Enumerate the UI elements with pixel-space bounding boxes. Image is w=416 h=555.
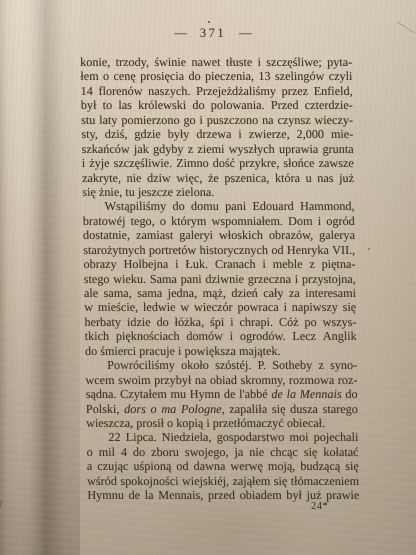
word: obiadem [240, 488, 282, 502]
word: która [275, 171, 300, 185]
word: za [289, 286, 300, 300]
word: Hymnu [87, 488, 124, 502]
word: dusza [290, 402, 318, 416]
word: zakryte, [82, 171, 121, 185]
word: majątek. [239, 344, 281, 358]
word: i [206, 416, 210, 430]
word: do [345, 387, 357, 401]
word: mu [170, 387, 186, 401]
word: w [180, 300, 189, 314]
word: przez [281, 84, 308, 98]
word: a [87, 459, 93, 473]
word: śpi [210, 315, 224, 329]
word: galerya [319, 228, 355, 242]
word: Cóż [279, 315, 299, 329]
text-line: wieszcza, prosił o kopią i przetłómaczyć… [86, 416, 358, 430]
text-line: wmieście,ledwiewwieczórpowracainapiwszys… [84, 300, 356, 314]
word: ogród [326, 214, 355, 228]
word: P. [257, 358, 266, 372]
word: nie [126, 171, 141, 185]
word: włoskich [219, 228, 263, 242]
text-line: łemocenęprosięciadopieczenia,13szelingów… [80, 69, 352, 83]
text-line: 14florenównaszych.PrzejeżdżaliśmyprzezEn… [80, 84, 352, 98]
word: chrapi. [239, 315, 273, 329]
word: się [343, 300, 357, 314]
word: uśpioną [133, 459, 171, 473]
word: tłómaczeniem [291, 474, 360, 488]
word: przykre, [239, 156, 280, 170]
word: starożytnych [83, 243, 146, 257]
text-line: Powróciliśmyokołoszóstéj.P.Sothebyzsyno- [85, 358, 357, 372]
word: chcąc [270, 445, 298, 459]
text-line: aczującuśpionąoddawnawerwęmoją,budzącąsi… [87, 459, 359, 473]
word: się [272, 402, 286, 416]
word: śmierci [100, 344, 136, 358]
word: bratowéj [83, 214, 126, 228]
word: galeryi [179, 228, 213, 242]
word: grunta [322, 142, 353, 156]
word: i [283, 300, 287, 314]
word: stu [81, 113, 95, 127]
word: był [81, 98, 97, 112]
text-line: byłtolaskrólewskidopolowania.Przedczterd… [81, 98, 353, 112]
word: dors [124, 402, 146, 416]
word: się [274, 474, 288, 488]
word: żyje [89, 156, 110, 170]
word: pyta- [327, 55, 352, 69]
word: meble [273, 257, 303, 271]
word: Hymn [190, 387, 221, 401]
word: obiad [210, 373, 237, 387]
word: zwierze, [249, 127, 290, 141]
word: słońce [283, 156, 314, 170]
word: puszczono [207, 113, 259, 127]
text-line: szkańcówjakgdybyzziemiwyszłychuprawiagru… [81, 142, 353, 156]
word: idzie [127, 315, 151, 329]
text-line: zakryte,niedziwwięc,żepszenica,któraunas… [82, 171, 354, 185]
word: mie- [331, 127, 354, 141]
word: to [102, 98, 112, 112]
word: prawie [326, 488, 359, 502]
word: Przejeżdżaliśmy [196, 84, 276, 98]
word: przed [208, 488, 235, 502]
word: i [262, 257, 266, 271]
text-line: starożytnychportretówhistorycznychodHenr… [83, 243, 355, 257]
word: od [176, 459, 188, 473]
word: Wstąpiliśmy [104, 199, 166, 213]
word: gdzie [134, 127, 161, 141]
word: syno- [330, 358, 357, 372]
word: ale [84, 286, 98, 300]
word: łem [80, 69, 99, 83]
word: rozmowa [289, 373, 335, 387]
word: ogrodów. [240, 329, 286, 343]
word: był [286, 488, 302, 502]
word: wśród [87, 474, 117, 488]
word: z [318, 358, 324, 372]
text-line: Polski,dorsomaPologne,zapaliłasięduszast… [86, 402, 358, 416]
word: mieście, [98, 300, 139, 314]
word: cały [263, 286, 284, 300]
word: nie [249, 445, 264, 459]
word: laty [99, 113, 118, 127]
word: czyli [329, 69, 353, 83]
word: gospodarstwo [216, 430, 284, 444]
word: werwę [230, 459, 263, 473]
word: kołatać [323, 445, 358, 459]
word: budzącą [300, 459, 340, 473]
word: de [271, 387, 283, 401]
word: na [262, 113, 274, 127]
word: czterdzie- [305, 98, 353, 112]
word: Lipca. [126, 430, 157, 444]
word: swoim [118, 373, 151, 387]
word: ma [161, 402, 176, 416]
word: o [86, 445, 92, 459]
word: Hammond, [300, 199, 355, 213]
word: żnie, [99, 185, 123, 199]
word: Henryka [287, 243, 329, 257]
word: portretów [149, 243, 197, 257]
text-line: do śmierci pracuje i powiększa majątek. [85, 344, 357, 358]
word: i [238, 127, 242, 141]
word: na [195, 373, 207, 387]
word: prosięcia [140, 69, 184, 83]
text-line: sądna.CzytałemmuHymndel'abbédelaMennaisd… [86, 387, 358, 401]
word: go [183, 113, 195, 127]
word: 2,000 [296, 127, 324, 141]
word: dawna [193, 459, 225, 473]
word: 4 [121, 445, 127, 459]
word: ja [234, 445, 243, 459]
word: Polski, [86, 402, 120, 416]
word: i [175, 257, 179, 271]
word: Dom [288, 214, 313, 228]
word: królewski [138, 98, 186, 112]
word: moją, [268, 459, 296, 473]
word: las [118, 98, 132, 112]
facing-page-text-fragment: w [0, 496, 8, 511]
word: się [304, 445, 318, 459]
text-line: herbatyidziedołóżka,śpiichrapi.Cóżpowszy… [84, 315, 356, 329]
word: spokojności [120, 474, 178, 488]
text-block: konie,trzody,świnienawettłusteiszczęśliw… [80, 55, 359, 503]
word: dziwnie [205, 272, 244, 286]
book-gutter-shadow [0, 0, 80, 555]
word: cenę [113, 69, 136, 83]
word: Przed [271, 98, 299, 112]
word: zapaliła [229, 402, 267, 416]
text-line: obrazyHolbejnaiŁuk.Cranachimeblezpiętna- [83, 257, 355, 271]
word: dzień [231, 286, 258, 300]
word: wieczór [194, 300, 233, 314]
word: były [168, 127, 190, 141]
text-line: konie,trzody,świnienawettłusteiszczęśliw… [80, 55, 352, 69]
word: pani [225, 199, 246, 213]
word: kopią [176, 416, 203, 430]
word: skromny, [240, 373, 285, 387]
word: o [167, 416, 173, 430]
word: moi [289, 430, 308, 444]
word: Enfield, [314, 84, 353, 98]
word: do [172, 199, 184, 213]
word: drzewa [196, 127, 231, 141]
word: i [257, 55, 261, 69]
word: świnie [154, 55, 186, 69]
word: około [181, 358, 209, 372]
word: się [345, 459, 359, 473]
word: Niedziela, [162, 430, 212, 444]
facing-page-text-fragment: i [0, 404, 8, 419]
word: zielona. [176, 185, 214, 199]
word: w [84, 300, 93, 314]
word: od [271, 243, 283, 257]
word: Sama [150, 272, 177, 286]
word: szelingów [275, 69, 325, 83]
word: czynsz [277, 113, 310, 127]
word: u [305, 171, 311, 185]
word: że [208, 171, 219, 185]
word: do [133, 445, 145, 459]
word: herbaty [84, 315, 121, 329]
text-line: iżyjeszczęśliwie.Zimnodośćprzykre,słońce… [82, 156, 354, 170]
text-line: alesama,samajedna,mąż,dzieńcałyzainteres… [84, 286, 356, 300]
text-line: stulatypomierzonogoipuszczononaczynszwie… [81, 113, 353, 127]
word: Łuk. [185, 257, 208, 271]
word: Zimno [176, 156, 209, 170]
word: swojego, [185, 445, 229, 459]
text-line: wśródspokojnościwiejskiéj,zająłemsiętłóm… [87, 474, 359, 488]
word: którym [171, 214, 206, 228]
word: piętna- [321, 257, 355, 271]
word: i [82, 156, 86, 170]
word: o [150, 402, 156, 416]
gutter-shade [0, 0, 80, 555]
word: wieczy- [314, 113, 353, 127]
word: przetłómaczyć [213, 416, 284, 430]
text-line: sty,dziś,gdziebyłydrzewaizwierze,2,000mi… [81, 127, 353, 141]
word: pieczenia, [205, 69, 254, 83]
word: Edouard [252, 199, 294, 213]
word: pracuje [139, 344, 175, 358]
word: tkich [85, 329, 110, 343]
word: obrazy [83, 257, 116, 271]
word: dość [213, 156, 236, 170]
text-line: WstąpiliśmydodomupaniEdouardHammond, [82, 199, 354, 213]
word: historycznych [199, 243, 268, 257]
word: uprawia [279, 142, 319, 156]
word: tego, [130, 214, 154, 228]
word: zawsze [318, 156, 353, 170]
word: pojechali [314, 430, 359, 444]
word: wyszłych [229, 142, 275, 156]
word: do [85, 344, 97, 358]
word: wspomniałem. [211, 214, 283, 228]
word: pomierzono [121, 113, 179, 127]
facing-page-text-fragment: y [0, 528, 8, 543]
word: więc, [176, 171, 202, 185]
word: mil [99, 445, 116, 459]
word: sądna. [86, 387, 117, 401]
word: napiwszy [292, 300, 338, 314]
text-line: tkichpięknościachdomówiogrodów.LeczAngli… [85, 329, 357, 343]
text-line: stegowieku.Samapanidziwniegrzecznaiprzys… [84, 272, 356, 286]
word: i [295, 272, 299, 286]
page-number-header: — 371 — [174, 26, 251, 41]
word: jak [134, 142, 149, 156]
word: szkańców [81, 142, 129, 156]
word: Czytałem [120, 387, 167, 401]
word: 13 [258, 69, 270, 83]
word: Pologne, [181, 402, 225, 416]
word: i [199, 113, 203, 127]
word: szóstéj. [215, 358, 251, 372]
word: wieszcza, [86, 416, 133, 430]
word: naszych. [148, 84, 191, 98]
word: 14 [80, 84, 92, 98]
facing-page-text-fragment: y [0, 481, 8, 496]
word: obrazów, [269, 228, 313, 242]
word: ziemi [197, 142, 224, 156]
word: po [304, 315, 316, 329]
word: tu [125, 185, 135, 199]
word: zamiast [136, 228, 173, 242]
word: mąż, [202, 286, 226, 300]
word: roz- [338, 373, 358, 387]
word: i [178, 344, 182, 358]
word: la [145, 488, 154, 502]
word: się [82, 185, 96, 199]
word: pani [180, 272, 201, 286]
word: polowania. [211, 98, 265, 112]
ink-speck [368, 248, 370, 250]
word: VII., [332, 243, 355, 257]
paper-scratch [397, 22, 414, 34]
word: Lecz [292, 329, 316, 343]
text-line: dostatnie,zamiastgaleryiwłoskichobrazów,… [83, 228, 355, 242]
word: wiejskiéj, [182, 474, 229, 488]
word: ledwie [143, 300, 176, 314]
word: Sotheby [272, 358, 312, 372]
word: nas [317, 171, 333, 185]
word: Anglik [323, 329, 357, 343]
word: grzeczna [248, 272, 292, 286]
word: starego [322, 402, 357, 416]
word: jedna, [168, 286, 198, 300]
word: sty, [81, 127, 98, 141]
word: zboru [151, 445, 179, 459]
word: szczęśliwe; [266, 55, 322, 69]
word: domu [191, 199, 219, 213]
word: powraca [237, 300, 279, 314]
word: powiększa [184, 344, 236, 358]
word: z [309, 257, 315, 271]
word: de [128, 488, 140, 502]
word: la [286, 387, 296, 401]
word: Powróciliśmy [107, 358, 175, 372]
word: do [192, 98, 204, 112]
word: Cranach [215, 257, 256, 271]
word: trzody, [115, 55, 149, 69]
word: de [224, 387, 236, 401]
word: Mennais, [158, 488, 203, 502]
word: i [230, 315, 234, 329]
word: 22 [108, 430, 120, 444]
word: sama [137, 286, 162, 300]
word: przybył [154, 373, 191, 387]
word: wcem [85, 373, 114, 387]
word: już [339, 171, 354, 185]
text-line: się żnie, tu jeszcze zielona. [82, 185, 354, 199]
word: łóżka, [174, 315, 204, 329]
word: z [188, 142, 194, 156]
page-number: 371 [200, 26, 226, 41]
ink-speck [208, 21, 210, 23]
text-line: wcemswoimprzybyłnaobiadskromny,rozmowaro… [85, 373, 357, 387]
word: dziś, [105, 127, 128, 141]
word: zająłem [232, 474, 270, 488]
word: domów [186, 329, 223, 343]
word: przystojna, [302, 272, 356, 286]
word: dostatnie, [83, 228, 130, 242]
word: florenów [98, 84, 142, 98]
word: i [230, 329, 234, 343]
word: sama, [103, 286, 131, 300]
word: o [160, 214, 166, 228]
word: prosił [136, 416, 164, 430]
word: wszys- [322, 315, 356, 329]
word: dziw [147, 171, 171, 185]
word: l'abbé [239, 387, 268, 401]
header-dash-left: — [174, 26, 187, 41]
word: i [318, 214, 322, 228]
word: jeszcze [138, 185, 173, 199]
word: szczęśliwie. [113, 156, 172, 170]
word: obiecał. [287, 416, 325, 430]
word: konie, [80, 55, 110, 69]
word: o [103, 69, 109, 83]
word: stego [84, 272, 110, 286]
word: czując [97, 459, 128, 473]
book-page: i y w y — 371 — konie,trzody,świnienawet… [0, 0, 416, 555]
text-line: 22Lipca.Niedziela,gospodarstwomoipojecha… [86, 430, 358, 444]
word: pszenica, [224, 171, 269, 185]
word: do [188, 69, 200, 83]
text-line: omil4dozboruswojego,janiechcącsiękołatać [86, 445, 358, 459]
word: nawet [191, 55, 220, 69]
word: tłuste [226, 55, 253, 69]
word: Mennais [300, 387, 342, 401]
word: gdyby [153, 142, 184, 156]
word: wieku. [113, 272, 146, 286]
word: do [156, 315, 168, 329]
text-line: bratowéjtego,októrymwspomniałem.Domiogró… [83, 214, 355, 228]
word: pięknościach [116, 329, 180, 343]
signature-mark: 24* [311, 501, 328, 512]
word: interesami [305, 286, 356, 300]
header-dash-right: — [239, 26, 252, 41]
word: Holbejna [123, 257, 168, 271]
